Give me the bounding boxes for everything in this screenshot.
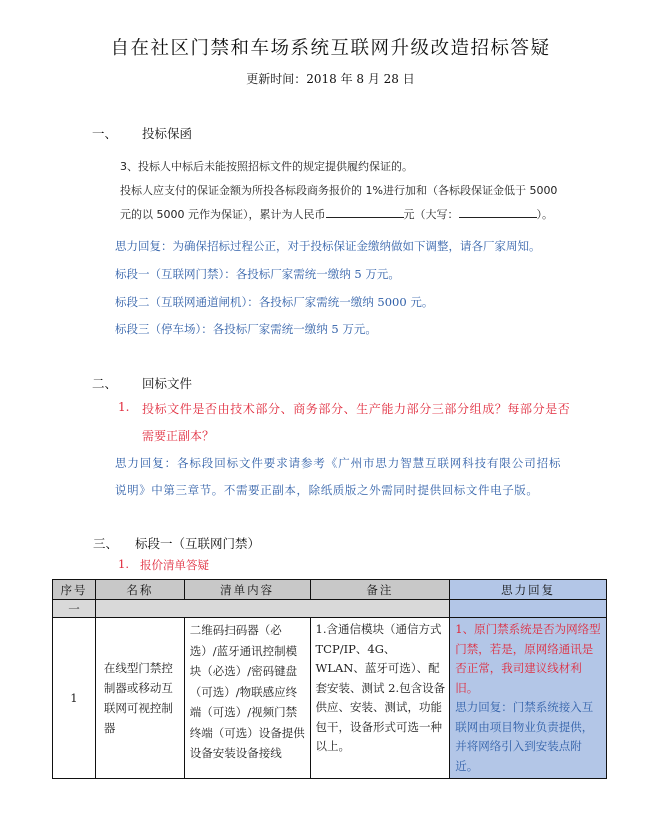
header-list: 清单内容 [184, 580, 310, 600]
row-name: 在线型门禁控制器或移动互联网可视控制器 [95, 618, 184, 779]
group-row: 一 [53, 600, 607, 618]
section2-question-number: 1. [118, 400, 129, 414]
section3-title: 标段一（互联网门禁） [135, 534, 260, 552]
section2-reply-cont: 说明》中第三章节。不需要正副本，除纸质版之外需同时提供回标文件电子版。 [115, 482, 539, 498]
section1-item3: 3、投标人中标后未能按照招标文件的规定提供履约保证的。 [120, 158, 413, 174]
header-name: 名称 [95, 580, 184, 600]
table-header-row: 序号 名称 清单内容 备注 思力回复 [53, 580, 607, 600]
document-title: 自在社区门禁和车场系统互联网升级改造招标答疑 [0, 34, 661, 60]
section1-title: 投标保函 [142, 124, 192, 142]
section2-question: 投标文件是否由技术部分、商务部分、生产能力部分三部分组成？每部分是否 [142, 400, 570, 417]
line2-part-c: ）。 [537, 208, 554, 221]
update-time: 更新时间：2018 年 8 月 28 日 [0, 70, 661, 87]
section1-reply-line: 标段三（停车场）：各投标厂家需统一缴纳 5 万元。 [115, 321, 377, 337]
section3-sub-number: 1. [118, 557, 129, 571]
row-no: 1 [53, 618, 96, 779]
section2-number: 二、 [92, 374, 117, 392]
table-row: 1 在线型门禁控制器或移动互联网可视控制器 二维码扫码器（必选）/蓝牙通讯控制模… [53, 618, 607, 779]
row-reply-answer: 思力回复：门禁系统接入互联网由项目物业负责提供，并将网络引入到安装点附近。 [455, 698, 602, 776]
group-no: 一 [53, 600, 96, 618]
row-list-content: 二维码扫码器（必选）/蓝牙通讯控制模块（必选）/密码键盘（可选）/物联感应终端（… [184, 618, 310, 779]
section2-question-cont: 需要正副本？ [142, 427, 214, 444]
row-reply-question: 1、原门禁系统是否为网络型门禁，若是，原网络通讯是否正常，我司建议线材利旧。 [455, 620, 602, 698]
row-note: 1.含通信模块（通信方式 TCP/IP、4G、 WLAN、蓝牙可选）、配套安装、… [310, 618, 450, 779]
header-note: 备注 [310, 580, 450, 600]
row-reply: 1、原门禁系统是否为网络型门禁，若是，原网络通讯是否正常，我司建议线材利旧。 思… [450, 618, 607, 779]
section1-reply-line: 标段二（互联网通道闸机）：各投标厂家需统一缴纳 5000 元。 [115, 294, 433, 310]
section1-line2: 元的以 5000 元作为保证），累计为人民币元（大写：）。 [120, 206, 553, 222]
section1-reply-line: 思力回复：为确保招标过程公正，对于投标保证金缴纳做如下调整，请各厂家周知。 [115, 238, 541, 254]
section1-number: 一、 [92, 124, 117, 142]
line2-part-b: 元（大写： [404, 208, 459, 221]
header-reply: 思力回复 [450, 580, 607, 600]
section2-title: 回标文件 [142, 374, 192, 392]
section1-line1: 投标人应支付的保证金额为所投各标段商务报价的 1%进行加和（各标段保证金低于 5… [120, 182, 557, 198]
group-reply-empty [450, 600, 607, 618]
amount-blank [326, 206, 404, 218]
header-no: 序号 [53, 580, 96, 600]
section1-reply-line: 标段一（互联网门禁）：各投标厂家需统一缴纳 5 万元。 [115, 266, 400, 282]
section2-reply: 思力回复：各标段回标文件要求请参考《广州市思力智慧互联网科技有限公司招标 [115, 455, 561, 471]
group-empty [95, 600, 449, 618]
amount-words-blank [459, 206, 537, 218]
section3-sub-title: 报价清单答疑 [140, 557, 209, 573]
line2-part-a: 元的以 5000 元作为保证），累计为人民币 [120, 208, 326, 221]
quote-list-table: 序号 名称 清单内容 备注 思力回复 一 1 在线型门禁控制器或移动互联网可视控… [52, 579, 607, 779]
section3-number: 三、 [93, 534, 118, 552]
